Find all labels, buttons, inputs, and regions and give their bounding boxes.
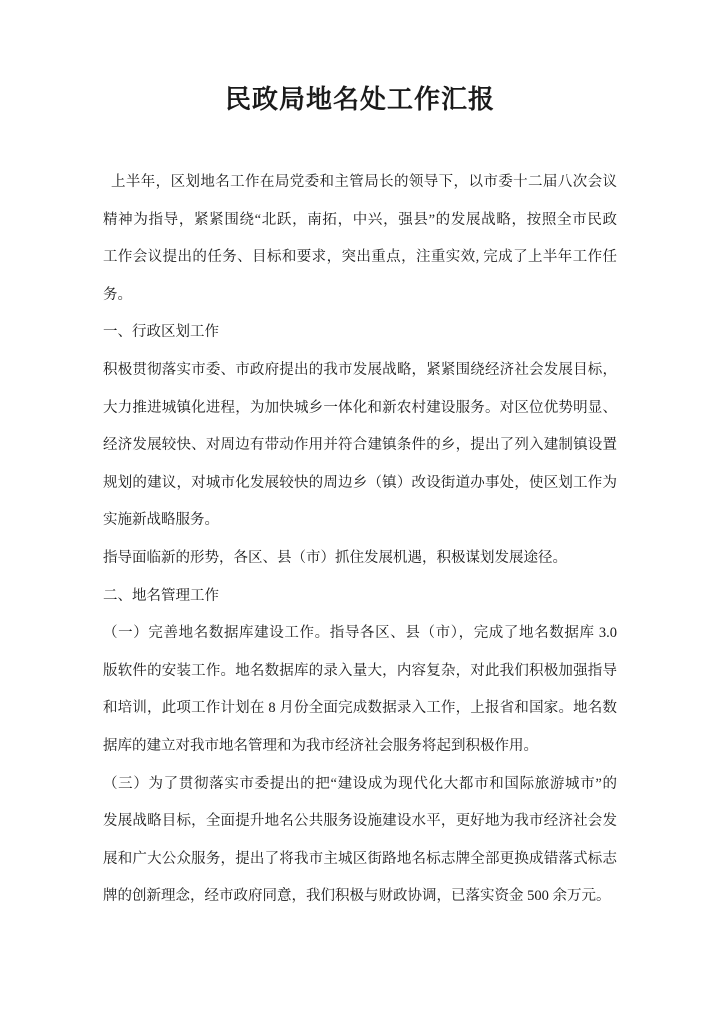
paragraph-line: （一）完善地名数据库建设工作。指导各区、县（市），完成了地名数据库 3.0	[103, 615, 617, 653]
paragraph-line: 大力推进城镇化进程，为加快城乡一体化和新农村建设服务。对区位优势明显、	[103, 390, 617, 428]
paragraph-line: 经济发展较快、对周边有带动作用并符合建镇条件的乡，提出了列入建制镇设置	[103, 427, 617, 465]
document-page: 民政局地名处工作汇报 上半年，区划地名工作在局党委和主管局长的领导下，以市委十二…	[0, 0, 721, 1020]
paragraph-line: 展和广大公众服务，提出了将我市主城区街路地名标志牌全部更换成错落式标志	[103, 841, 617, 879]
paragraph-line: 规划的建议，对城市化发展较快的周边乡（镇）改设街道办事处，使区划工作为	[103, 465, 617, 503]
paragraph-line: 据库的建立对我市地名管理和为我市经济社会服务将起到积极作用。	[103, 728, 617, 766]
paragraph-line: 精神为指导，紧紧围绕“北跃，南拓，中兴，强县”的发展战略，按照全市民政	[103, 202, 617, 240]
paragraph-line: 发展战略目标，全面提升地名公共服务设施建设水平，更好地为我市经济社会发	[103, 803, 617, 841]
paragraph-line: （三）为了贯彻落实市委提出的把“建设成为现代化大都市和国际旅游城市”的	[103, 766, 617, 804]
paragraph-line: 和培训，此项工作计划在 8 月份全面完成数据录入工作，上报省和国家。地名数	[103, 690, 617, 728]
paragraph-line: 积极贯彻落实市委、市政府提出的我市发展战略，紧紧围绕经济社会发展目标，	[103, 352, 617, 390]
section-heading: 一、行政区划工作	[103, 314, 617, 352]
paragraph-line: 牌的创新理念，经市政府同意，我们积极与财政协调，已落实资金 500 余万元。	[103, 878, 617, 916]
paragraph-line: 务。	[103, 277, 617, 315]
paragraph-line: 指导面临新的形势，各区、县（市）抓住发展机遇，积极谋划发展途径。	[103, 540, 617, 578]
document-body: 上半年，区划地名工作在局党委和主管局长的领导下，以市委十二届八次会议 精神为指导…	[103, 164, 617, 916]
document-title: 民政局地名处工作汇报	[103, 78, 617, 122]
section-heading: 二、地名管理工作	[103, 578, 617, 616]
paragraph-line: 工作会议提出的任务、目标和要求，突出重点，注重实效, 完成了上半年工作任	[103, 239, 617, 277]
paragraph-line: 上半年，区划地名工作在局党委和主管局长的领导下，以市委十二届八次会议	[103, 164, 617, 202]
paragraph-line: 版软件的安装工作。地名数据库的录入量大，内容复杂，对此我们积极加强指导	[103, 653, 617, 691]
paragraph-line: 实施新战略服务。	[103, 502, 617, 540]
